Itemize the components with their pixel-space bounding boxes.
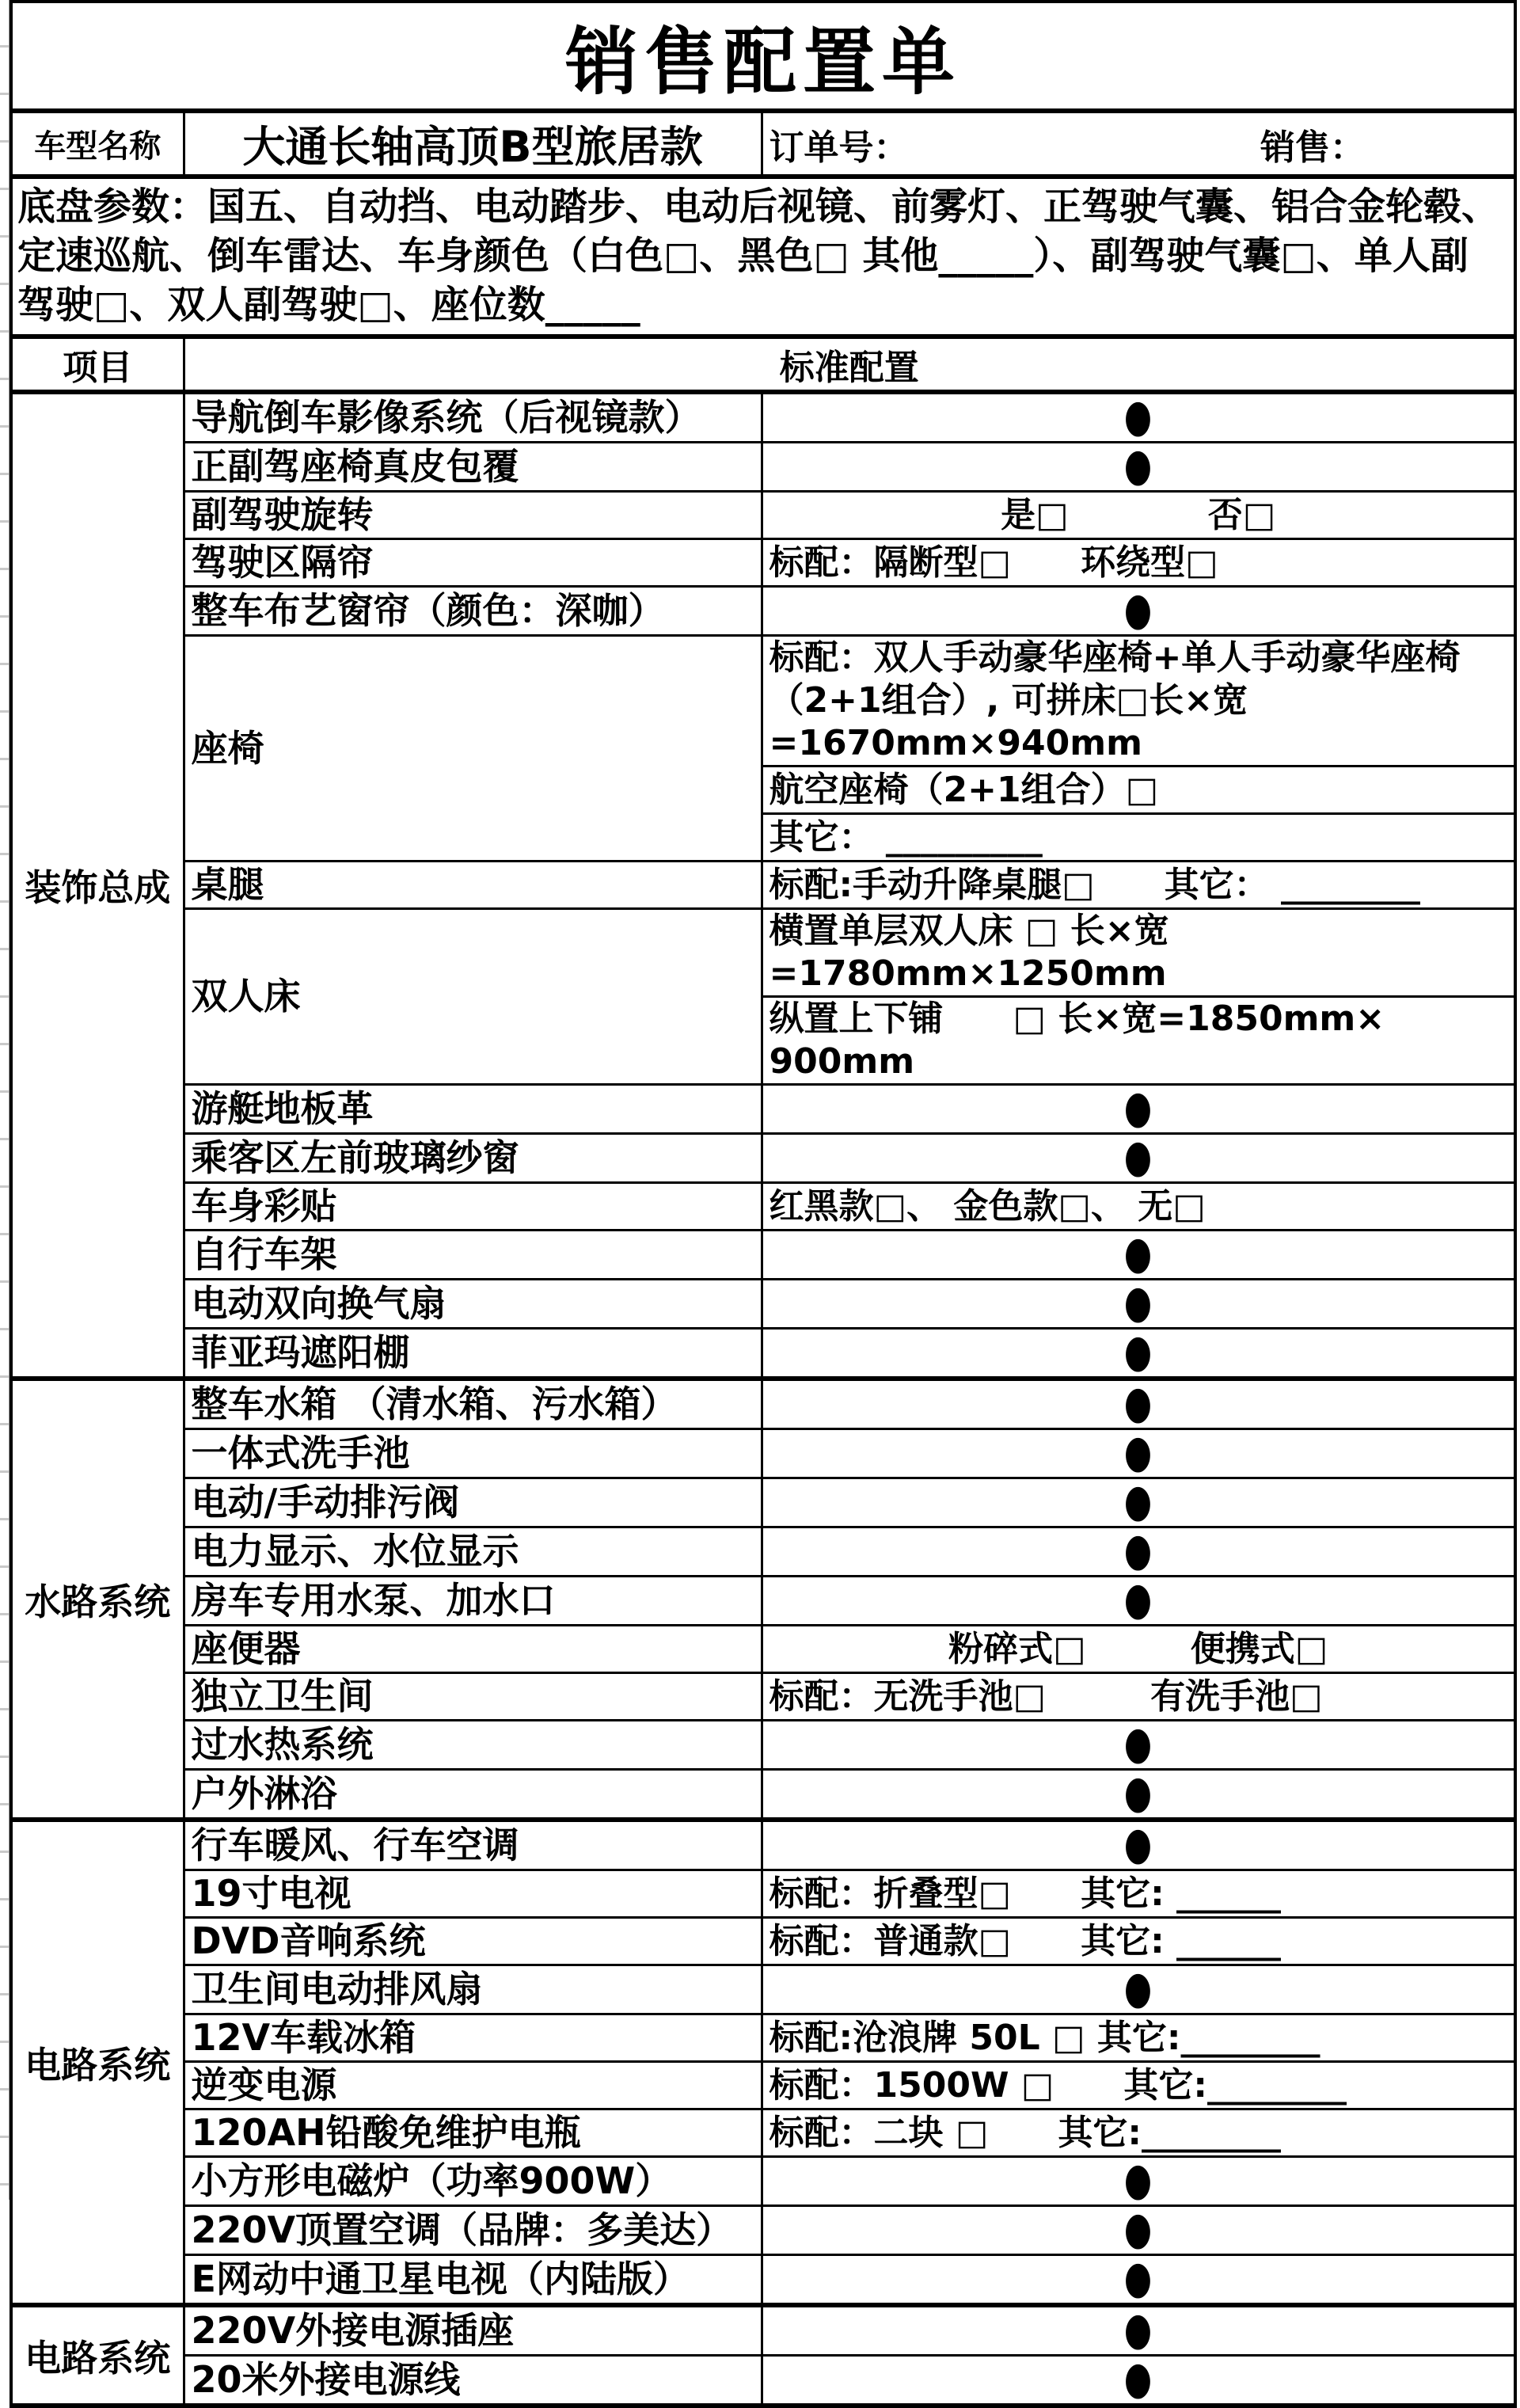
config-cell: ● (762, 1478, 1515, 1527)
included-dot-icon: ● (1124, 2255, 1152, 2300)
config-cell: 粉碎式□ 便携式□ (762, 1626, 1515, 1673)
table-row: 正副驾座椅真皮包覆● (11, 443, 1515, 492)
title-row: 销售配置单 (11, 2, 1515, 111)
table-row: 座椅标配：双人手动豪华座椅+单人手动豪华座椅（2+1组合）, 可拼床□长×宽=1… (11, 636, 1515, 767)
item-name-cell: 游艇地板革 (184, 1085, 762, 1134)
table-row: 水路系统整车水箱 （清水箱、污水箱）● (11, 1379, 1515, 1429)
included-dot-icon: ● (1124, 1329, 1152, 1374)
item-name-cell: 电动/手动排污阀 (184, 1478, 762, 1527)
item-name-cell: 12V车载冰箱 (184, 2014, 762, 2062)
config-cell: ● (762, 392, 1515, 443)
item-name-cell: 乘客区左前玻璃纱窗 (184, 1134, 762, 1183)
item-name-cell: 220V顶置空调（品牌：多美达） (184, 2206, 762, 2255)
chassis-params: 底盘参数：国五、自动挡、电动踏步、电动后视镜、前雾灯、正驾驶气囊、铝合金轮毂、 … (11, 177, 1515, 337)
item-name-cell: 过水热系统 (184, 1721, 762, 1770)
config-cell: ● (762, 1134, 1515, 1183)
config-cell: 标配:手动升降桌腿□ 其它： ________ (762, 862, 1515, 909)
order-sales-cell: 订单号： 销售： (762, 111, 1515, 177)
config-cell: 标配：无洗手池□ 有洗手池□ (762, 1673, 1515, 1721)
item-name-cell: 19寸电视 (184, 1870, 762, 1918)
included-dot-icon: ● (1124, 1821, 1152, 1866)
config-cell: 纵置上下铺 □ 长×宽=1850mm× 900mm (762, 997, 1515, 1085)
config-cell: ● (762, 443, 1515, 492)
item-name-cell: 220V外接电源插座 (184, 2305, 762, 2356)
chassis-line: 定速巡航、倒车雷达、车身颜色（白色□、黑色□ 其他_____）、副驾驶气囊□、单… (17, 231, 1509, 280)
table-row: 电动/手动排污阀● (11, 1478, 1515, 1527)
config-cell: ● (762, 1085, 1515, 1134)
included-dot-icon: ● (1124, 394, 1152, 439)
table-row: 装饰总成导航倒车影像系统（后视镜款）● (11, 392, 1515, 443)
item-name-cell: 自行车架 (184, 1231, 762, 1280)
config-cell: 标配：1500W □ 其它:________ (762, 2062, 1515, 2109)
item-name-cell: 正副驾座椅真皮包覆 (184, 443, 762, 492)
sales-label: 销售： (1260, 119, 1365, 169)
config-cell: 红黑款□、 金色款□、 无□ (762, 1183, 1515, 1231)
item-name-cell: 菲亚玛遮阳棚 (184, 1329, 762, 1379)
config-cell: 标配：折叠型□ 其它: ______ (762, 1870, 1515, 1918)
item-name-cell: 120AH铅酸免维护电瓶 (184, 2109, 762, 2157)
group-label-cell: 装饰总成 (11, 392, 184, 1379)
included-dot-icon: ● (1124, 1721, 1152, 1766)
model-name-value: 大通长轴高顶B型旅居款 (184, 111, 762, 177)
config-cell: 标配：隔断型□ 环绕型□ (762, 539, 1515, 587)
group-label-cell: 电路系统 (11, 2305, 184, 2406)
table-row: 12V车载冰箱标配:沧浪牌 50L □ 其它:________ (11, 2014, 1515, 2062)
included-dot-icon: ● (1124, 443, 1152, 488)
config-cell: ● (762, 1379, 1515, 1429)
included-dot-icon: ● (1124, 1085, 1152, 1130)
column-header-row: 项目 标准配置 (11, 337, 1515, 392)
chassis-row: 底盘参数：国五、自动挡、电动踏步、电动后视镜、前雾灯、正驾驶气囊、铝合金轮毂、 … (11, 177, 1515, 337)
table-row: 120AH铅酸免维护电瓶标配：二块 □ 其它:________ (11, 2109, 1515, 2157)
included-dot-icon: ● (1124, 2356, 1152, 2401)
config-cell: 是□ 否□ (762, 492, 1515, 539)
item-name-cell: 卫生间电动排风扇 (184, 1965, 762, 2014)
config-cell: ● (762, 1965, 1515, 2014)
table-row: 电路系统220V外接电源插座● (11, 2305, 1515, 2356)
included-dot-icon: ● (1124, 1280, 1152, 1325)
spreadsheet-gutter (0, 0, 9, 2200)
config-cell: ● (762, 2356, 1515, 2406)
table-row: 菲亚玛遮阳棚● (11, 1329, 1515, 1379)
table-row: 驾驶区隔帘标配：隔断型□ 环绕型□ (11, 539, 1515, 587)
config-cell: ● (762, 1280, 1515, 1329)
config-cell: 标配：二块 □ 其它:________ (762, 2109, 1515, 2157)
table-row: 过水热系统● (11, 1721, 1515, 1770)
table-row: 房车专用水泵、加水口● (11, 1577, 1515, 1626)
item-name-cell: 户外淋浴 (184, 1770, 762, 1820)
table-row: 小方形电磁炉（功率900W）● (11, 2157, 1515, 2206)
config-cell: ● (762, 587, 1515, 636)
config-cell: ● (762, 1527, 1515, 1577)
config-cell: ● (762, 1429, 1515, 1478)
item-name-cell: 双人床 (184, 909, 762, 1085)
included-dot-icon: ● (1124, 1380, 1152, 1425)
config-cell: 标配：双人手动豪华座椅+单人手动豪华座椅（2+1组合）, 可拼床□长×宽=167… (762, 636, 1515, 767)
item-name-cell: 独立卫生间 (184, 1673, 762, 1721)
item-name-cell: 车身彩贴 (184, 1183, 762, 1231)
included-dot-icon: ● (1124, 2307, 1152, 2352)
config-cell: ● (762, 1329, 1515, 1379)
item-name-cell: 整车布艺窗帘（颜色：深咖） (184, 587, 762, 636)
item-name-cell: 逆变电源 (184, 2062, 762, 2109)
item-name-cell: 导航倒车影像系统（后视镜款） (184, 392, 762, 443)
table-row: E网动中通卫星电视（内陆版）● (11, 2255, 1515, 2306)
item-name-cell: 副驾驶旋转 (184, 492, 762, 539)
item-name-cell: 小方形电磁炉（功率900W） (184, 2157, 762, 2206)
table-row: 电动双向换气扇● (11, 1280, 1515, 1329)
config-cell: ● (762, 1721, 1515, 1770)
item-name-cell: 一体式洗手池 (184, 1429, 762, 1478)
model-row: 车型名称 大通长轴高顶B型旅居款 订单号： 销售： (11, 111, 1515, 177)
table-row: 电力显示、水位显示● (11, 1527, 1515, 1577)
item-name-cell: 座便器 (184, 1626, 762, 1673)
included-dot-icon: ● (1124, 1134, 1152, 1179)
table-row: 桌腿标配:手动升降桌腿□ 其它： ________ (11, 862, 1515, 909)
table-row: 乘客区左前玻璃纱窗● (11, 1134, 1515, 1183)
included-dot-icon: ● (1124, 1478, 1152, 1524)
item-name-cell: 20米外接电源线 (184, 2356, 762, 2406)
table-row: 双人床横置单层双人床 □ 长×宽=1780mm×1250mm (11, 909, 1515, 997)
table-row: 19寸电视标配：折叠型□ 其它: ______ (11, 1870, 1515, 1918)
item-name-cell: E网动中通卫星电视（内陆版） (184, 2255, 762, 2306)
page-title: 销售配置单 (11, 2, 1515, 111)
table-row: 自行车架● (11, 1231, 1515, 1280)
item-name-cell: 座椅 (184, 636, 762, 862)
config-cell: 航空座椅（2+1组合）□ (762, 767, 1515, 814)
group-label-cell: 水路系统 (11, 1379, 184, 1820)
config-cell: ● (762, 2157, 1515, 2206)
chassis-line: 底盘参数：国五、自动挡、电动踏步、电动后视镜、前雾灯、正驾驶气囊、铝合金轮毂、 (17, 182, 1509, 231)
included-dot-icon: ● (1124, 2206, 1152, 2251)
included-dot-icon: ● (1124, 1527, 1152, 1573)
chassis-line: 驾驶□、双人副驾驶□、座位数_____ (17, 280, 1509, 329)
included-dot-icon: ● (1124, 587, 1152, 632)
included-dot-icon: ● (1124, 2157, 1152, 2202)
group-label-cell: 电路系统 (11, 1820, 184, 2305)
table-row: 游艇地板革● (11, 1085, 1515, 1134)
item-name-cell: DVD音响系统 (184, 1918, 762, 1965)
table-row: 整车布艺窗帘（颜色：深咖）● (11, 587, 1515, 636)
table-row: 逆变电源标配：1500W □ 其它:________ (11, 2062, 1515, 2109)
item-name-cell: 电力显示、水位显示 (184, 1527, 762, 1577)
table-row: 电路系统行车暖风、行车空调● (11, 1820, 1515, 1870)
config-cell: 标配:沧浪牌 50L □ 其它:________ (762, 2014, 1515, 2062)
table-row: DVD音响系统标配：普通款□ 其它: ______ (11, 1918, 1515, 1965)
table-row: 一体式洗手池● (11, 1429, 1515, 1478)
table-row: 独立卫生间标配：无洗手池□ 有洗手池□ (11, 1673, 1515, 1721)
table-row: 户外淋浴● (11, 1770, 1515, 1820)
order-number-label: 订单号： (769, 119, 909, 169)
table-row: 副驾驶旋转是□ 否□ (11, 492, 1515, 539)
item-name-cell: 行车暖风、行车空调 (184, 1820, 762, 1870)
table-header-item: 项目 (11, 337, 184, 392)
table-row: 座便器粉碎式□ 便携式□ (11, 1626, 1515, 1673)
config-cell: 其它： _________ (762, 814, 1515, 862)
item-name-cell: 桌腿 (184, 862, 762, 909)
included-dot-icon: ● (1124, 1965, 1152, 2010)
config-cell: ● (762, 2255, 1515, 2306)
included-dot-icon: ● (1124, 1429, 1152, 1474)
table-row: 车身彩贴红黑款□、 金色款□、 无□ (11, 1183, 1515, 1231)
table-row: 220V顶置空调（品牌：多美达）● (11, 2206, 1515, 2255)
table-header-config: 标准配置 (184, 337, 1515, 392)
item-name-cell: 整车水箱 （清水箱、污水箱） (184, 1379, 762, 1429)
config-cell: 标配：普通款□ 其它: ______ (762, 1918, 1515, 1965)
config-cell: 横置单层双人床 □ 长×宽=1780mm×1250mm (762, 909, 1515, 997)
included-dot-icon: ● (1124, 1577, 1152, 1622)
config-cell: ● (762, 1577, 1515, 1626)
item-name-cell: 驾驶区隔帘 (184, 539, 762, 587)
item-name-cell: 房车专用水泵、加水口 (184, 1577, 762, 1626)
item-name-cell: 电动双向换气扇 (184, 1280, 762, 1329)
config-cell: ● (762, 1820, 1515, 1870)
table-row: 卫生间电动排风扇● (11, 1965, 1515, 2014)
sales-config-sheet: 销售配置单 车型名称 大通长轴高顶B型旅居款 订单号： 销售： 底盘参数：国五、… (9, 0, 1517, 2408)
model-name-label: 车型名称 (11, 111, 184, 177)
config-cell: ● (762, 2305, 1515, 2356)
config-cell: ● (762, 1231, 1515, 1280)
included-dot-icon: ● (1124, 1231, 1152, 1276)
config-cell: ● (762, 2206, 1515, 2255)
table-row: 20米外接电源线● (11, 2356, 1515, 2406)
config-cell: ● (762, 1770, 1515, 1820)
included-dot-icon: ● (1124, 1770, 1152, 1815)
